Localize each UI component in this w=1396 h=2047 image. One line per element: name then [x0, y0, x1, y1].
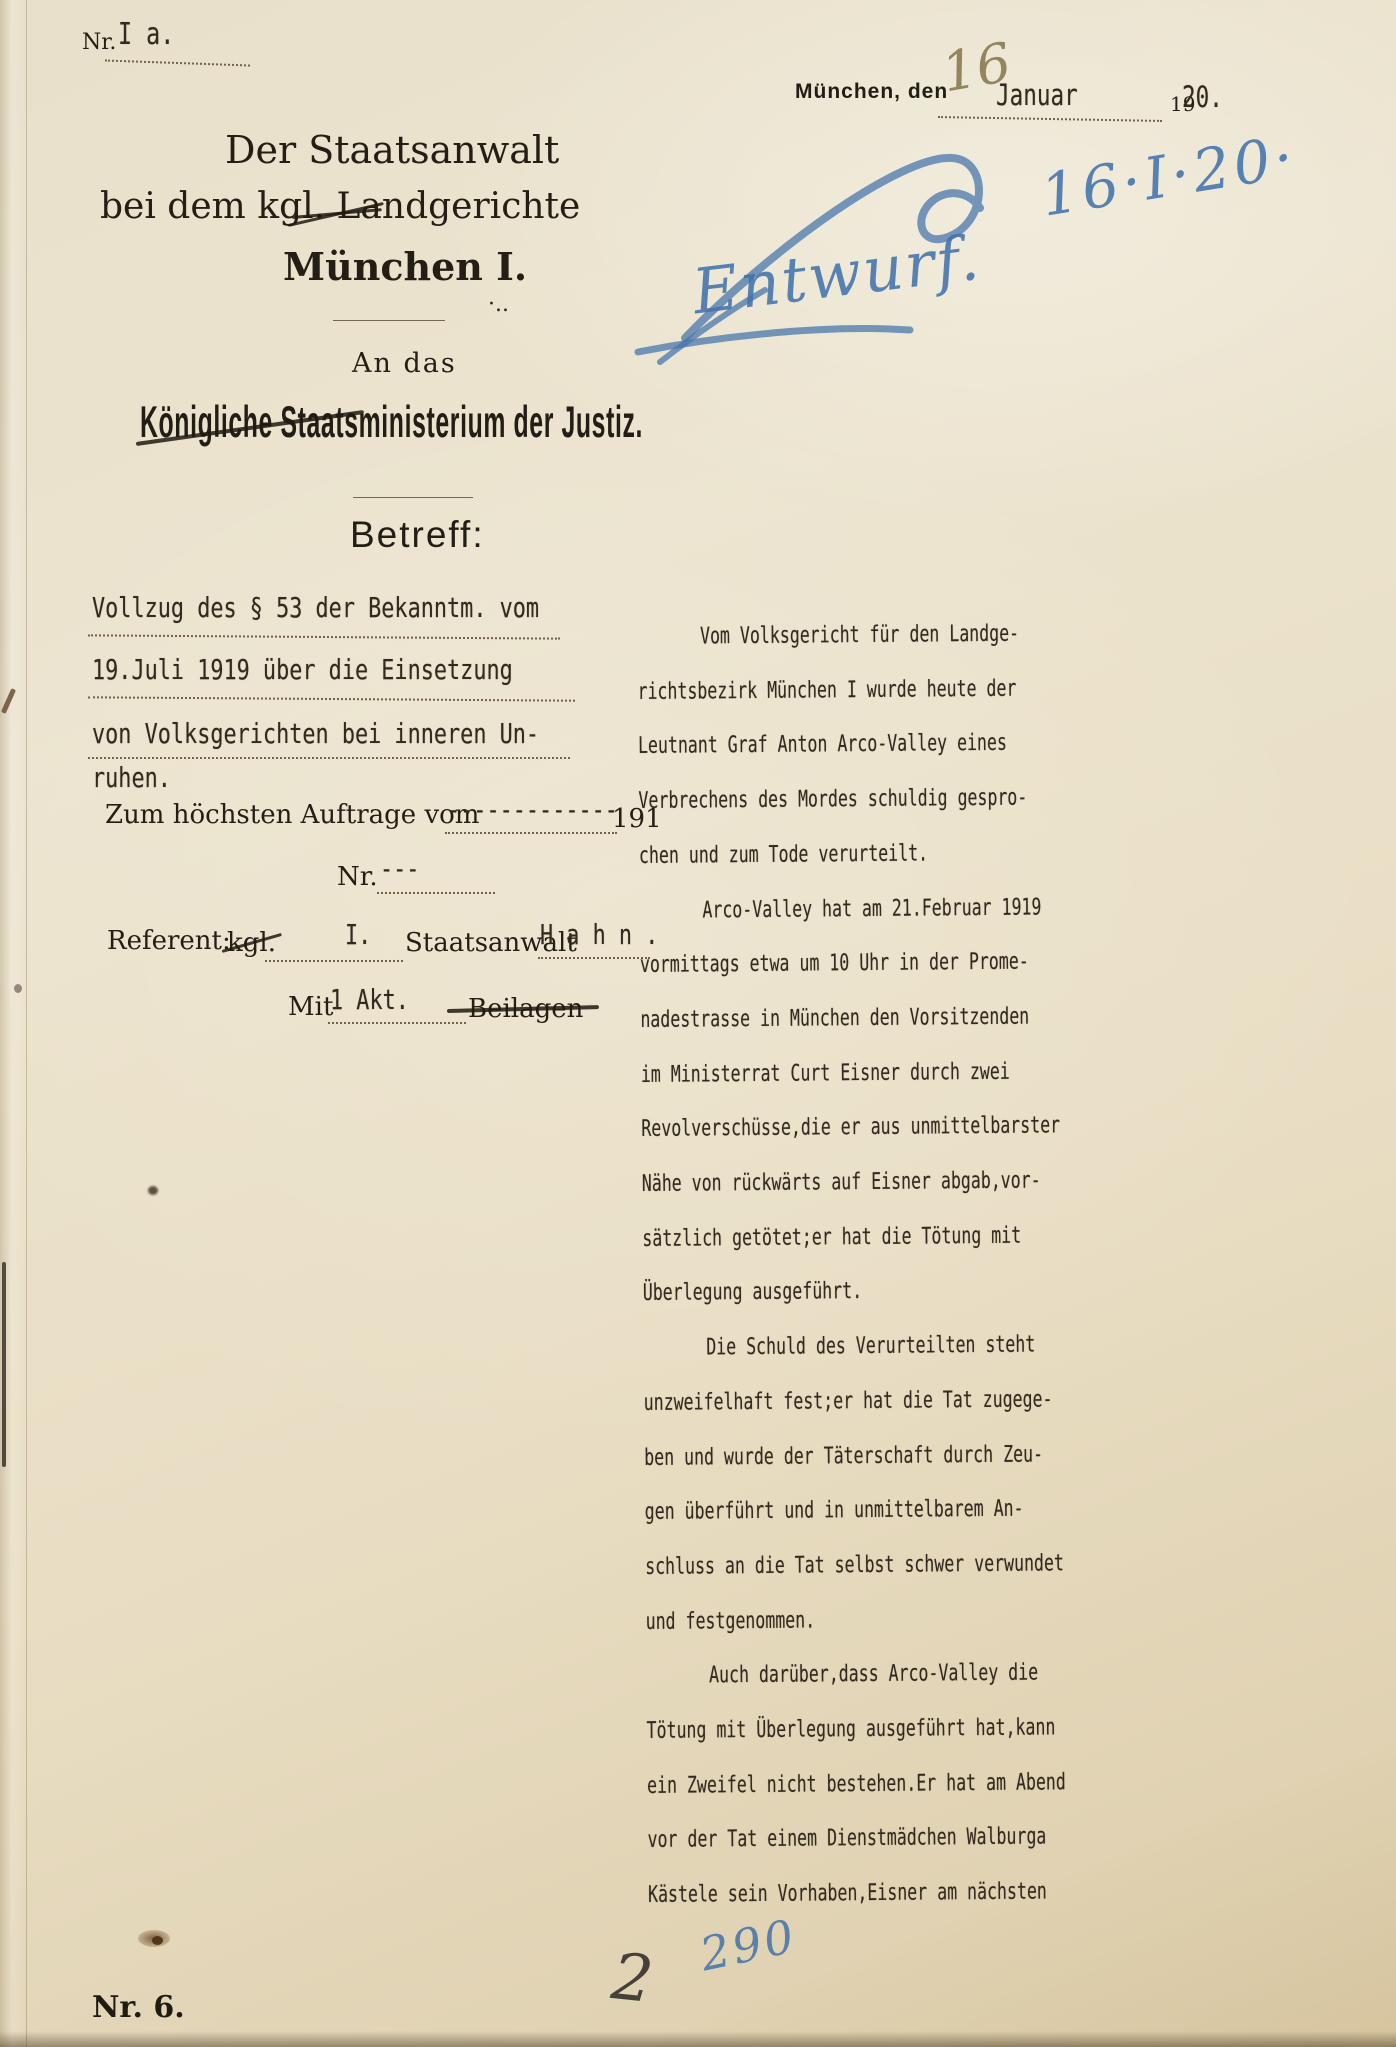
- document-page: Nr. I a. München, den 16 Januar 19 20. 1…: [0, 0, 1396, 2047]
- body-line: und festgenommen.: [646, 1609, 816, 1636]
- body-line: Nähe von rückwärts auf Eisner abgab,vor-: [642, 1169, 1041, 1198]
- body-line: ben und wurde der Täterschaft durch Zeu-: [644, 1443, 1043, 1472]
- body-line: Verbrechens des Mordes schuldig gespro-: [638, 786, 1027, 815]
- body-line: vormittags etwa um 10 Uhr in der Prome-: [640, 950, 1029, 979]
- body-column: Vom Volksgericht für den Landge-richtsbe…: [0, 0, 1396, 2047]
- pencil-number: 2: [608, 1940, 656, 2018]
- body-line: Die Schuld des Verurteilten steht: [706, 1333, 1035, 1361]
- body-line: vor der Tat einem Dienstmädchen Walburga: [647, 1825, 1046, 1854]
- body-line: richtsbezirk München I wurde heute der: [637, 677, 1016, 706]
- body-line: Vom Volksgericht für den Landge-: [700, 622, 1019, 650]
- body-line: nadestrasse in München den Vorsitzenden: [640, 1005, 1029, 1034]
- body-line: gen überführt und in unmittelbarem An-: [645, 1497, 1024, 1526]
- footer-form-number: Nr. 6.: [92, 1990, 185, 2025]
- body-line: Revolverschüsse,die er aus unmittelbarst…: [641, 1113, 1060, 1142]
- body-line: Leutnant Graf Anton Arco-Valley eines: [638, 731, 1007, 760]
- body-line: ein Zweifel nicht bestehen.Er hat am Abe…: [647, 1770, 1066, 1799]
- body-line: chen und zum Tode verurteilt.: [639, 841, 928, 869]
- body-line: Kästele sein Vorhaben,Eisner am nächsten: [648, 1879, 1047, 1908]
- body-line: Tötung mit Überlegung ausgeführt hat,kan…: [647, 1715, 1056, 1744]
- body-line: sätzlich getötet;er hat die Tötung mit: [642, 1224, 1021, 1253]
- body-line: Überlegung ausgeführt.: [643, 1279, 863, 1306]
- body-line: Auch darüber,dass Arco-Valley die: [709, 1661, 1038, 1689]
- body-line: im Ministerrat Curt Eisner durch zwei: [641, 1060, 1010, 1089]
- body-line: Arco-Valley hat am 21.Februar 1919: [702, 896, 1041, 924]
- body-line: unzweifelhaft fest;er hat die Tat zugege…: [644, 1387, 1053, 1416]
- body-line: schluss an die Tat selbst schwer verwund…: [645, 1551, 1064, 1580]
